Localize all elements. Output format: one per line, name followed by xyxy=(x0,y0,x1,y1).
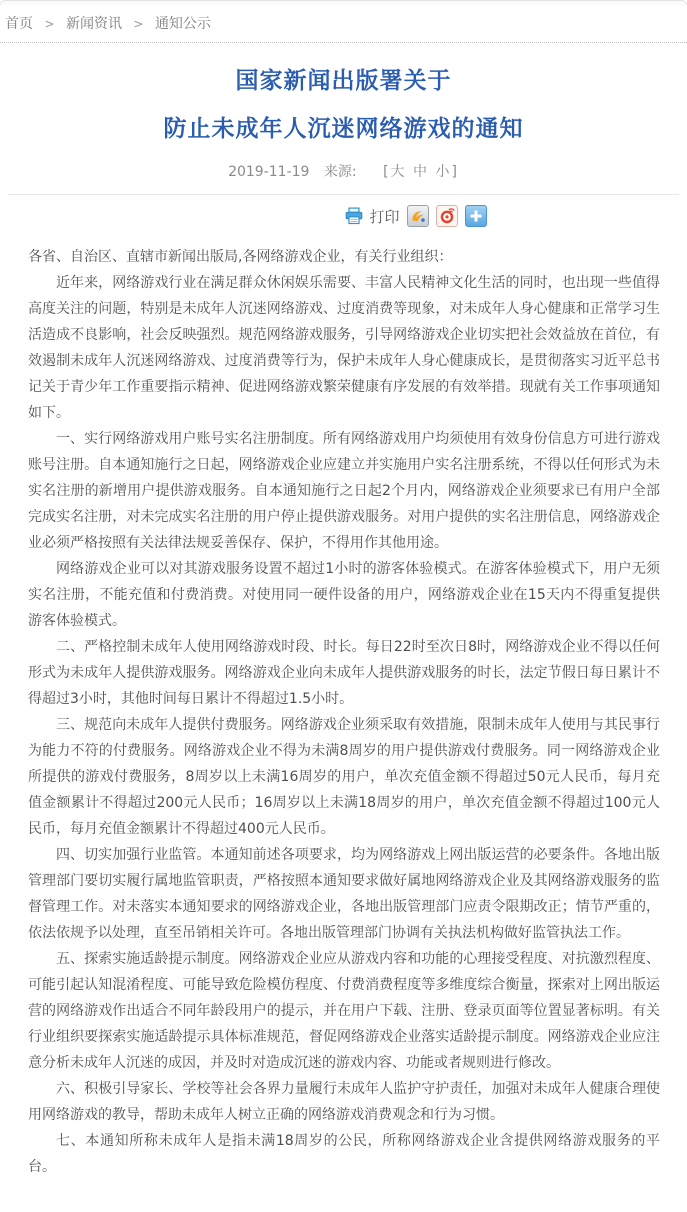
tencent-weibo-share-icon[interactable] xyxy=(407,205,429,227)
printer-icon xyxy=(344,206,364,226)
article-meta: 2019-11-19 来源: [大 中 小] xyxy=(0,160,687,184)
source-label: 来源: xyxy=(324,164,357,180)
breadcrumb-home-link[interactable]: 首页 xyxy=(5,16,33,32)
title-line-2: 防止未成年人沉迷网络游戏的通知 xyxy=(0,105,687,153)
divider xyxy=(8,194,679,195)
more-share-icon[interactable] xyxy=(465,205,487,227)
paragraph-item-6: 六、积极引导家长、学校等社会各界力量履行未成年人监护守护责任，加强对未成年人健康… xyxy=(28,1076,660,1128)
paragraph-item-7: 七、本通知所称未成年人是指未满18周岁的公民，所称网络游戏企业含提供网络游戏服务… xyxy=(28,1128,660,1180)
paragraph-intro: 近年来，网络游戏行业在满足群众休闲娱乐需要、丰富人民精神文化生活的同时，也出现一… xyxy=(28,270,660,426)
breadcrumb-separator: > xyxy=(44,17,54,31)
page-title: 国家新闻出版署关于 防止未成年人沉迷网络游戏的通知 xyxy=(0,57,687,153)
page: 首页 > 新闻资讯 > 通知公示 国家新闻出版署关于 防止未成年人沉迷网络游戏的… xyxy=(0,0,687,1212)
paragraph-item-2: 二、严格控制未成年人使用网络游戏时段、时长。每日22时至次日8时，网络游戏企业不… xyxy=(28,634,660,712)
paragraph-item-1-cont: 网络游戏企业可以对其游戏服务设置不超过1小时的游客体验模式。在游客体验模式下，用… xyxy=(28,556,660,634)
share-toolbar: 打印 xyxy=(72,204,687,228)
breadcrumb: 首页 > 新闻资讯 > 通知公示 xyxy=(0,5,687,43)
font-size-switcher[interactable]: [大 中 小] xyxy=(383,164,459,180)
print-label: 打印 xyxy=(369,206,399,227)
paragraph-item-4: 四、切实加强行业监管。本通知前述各项要求，均为网络游戏上网出版运营的必要条件。各… xyxy=(28,842,660,946)
article-body: 各省、自治区、直辖市新闻出版局,各网络游戏企业，有关行业组织： 近年来，网络游戏… xyxy=(0,228,687,1198)
print-button[interactable]: 打印 xyxy=(344,206,399,227)
paragraph-item-3: 三、规范向未成年人提供付费服务。网络游戏企业须采取有效措施，限制未成年人使用与其… xyxy=(28,712,660,842)
breadcrumb-separator: > xyxy=(133,17,143,31)
sina-weibo-share-icon[interactable] xyxy=(436,205,458,227)
breadcrumb-news-link[interactable]: 新闻资讯 xyxy=(66,16,122,32)
publish-date: 2019-11-19 xyxy=(228,164,309,180)
paragraph-item-1: 一、实行网络游戏用户账号实名注册制度。所有网络游戏用户均须使用有效身份信息方可进… xyxy=(28,426,660,556)
salutation-line: 各省、自治区、直辖市新闻出版局,各网络游戏企业，有关行业组织： xyxy=(28,244,660,270)
paragraph-item-5: 五、探索实施适龄提示制度。网络游戏企业应从游戏内容和功能的心理接受程度、对抗激烈… xyxy=(28,946,660,1076)
title-line-1: 国家新闻出版署关于 xyxy=(0,57,687,105)
breadcrumb-notices-link[interactable]: 通知公示 xyxy=(155,16,211,32)
